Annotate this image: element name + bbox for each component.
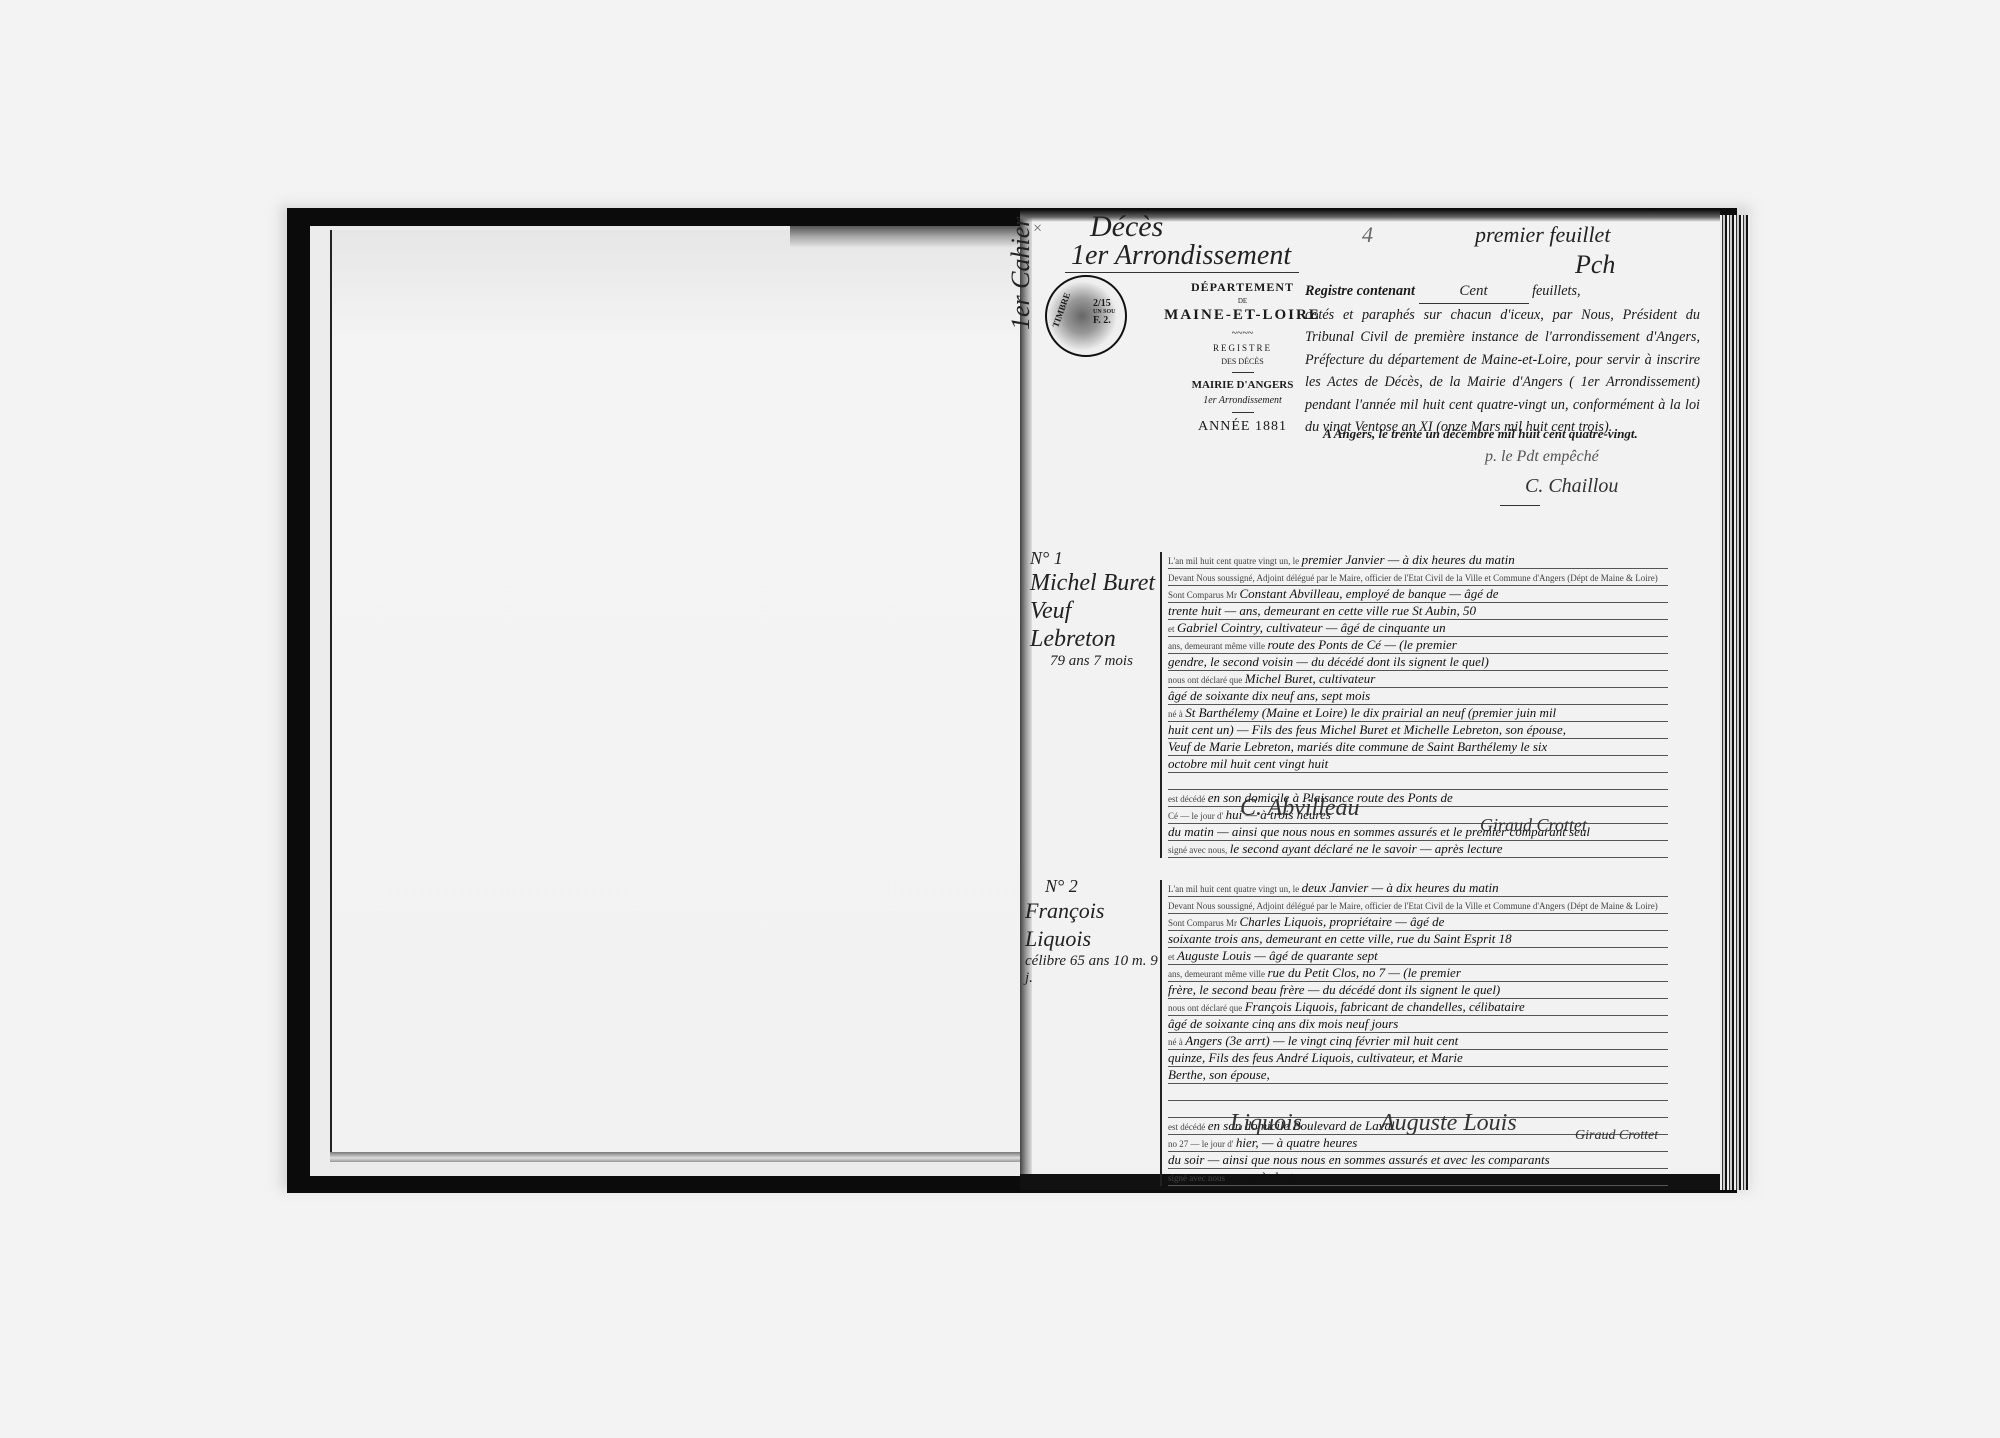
page-stack-edges	[1720, 215, 1750, 1190]
act-line: âgé de soixante cinq ans dix mois neuf j…	[1168, 1016, 1668, 1033]
act-line: soixante trois ans, demeurant en cette v…	[1168, 931, 1668, 948]
feuillets-count: Cent	[1419, 280, 1529, 304]
act-1-margin: N° 1 Michel Buret Veuf Lebreton 79 ans 7…	[1030, 548, 1160, 670]
act-line: huit cent un) — Fils des feus Michel Bur…	[1168, 722, 1668, 739]
act-line	[1168, 773, 1668, 790]
folio-mark: 4	[1362, 222, 1373, 248]
deceased-age: 79 ans 7 mois	[1050, 653, 1160, 670]
act-line: Sont Comparus Mr Constant Abvilleau, emp…	[1168, 586, 1668, 603]
paraphe-signature: Pch	[1575, 250, 1615, 280]
act-2-signature-1: Liquois	[1230, 1110, 1302, 1137]
act-line: né à St Barthélemy (Maine et Loire) le d…	[1168, 705, 1668, 722]
department-block: DÉPARTEMENT DE MAINE-ET-LOIRE ~~~~ REGIS…	[1160, 280, 1325, 435]
act-line: gendre, le second voisin — du décédé don…	[1168, 654, 1668, 671]
act-line: nous ont déclaré que François Liquois, f…	[1168, 999, 1668, 1016]
registre-paragraph: Registre contenant Cent feuillets, cotés…	[1305, 280, 1700, 439]
act-line: signé avec nous — après lecture	[1168, 1169, 1668, 1186]
act-1-signature-2: Giraud Crottet	[1480, 815, 1587, 836]
margin-cahier-note: 1er Cahier	[1006, 217, 1036, 330]
ornament: ~~~~	[1160, 328, 1325, 339]
act-line: Veuf de Marie Lebreton, mariés dite comm…	[1168, 739, 1668, 756]
deceased-status: célibre 65 ans 10 m. 9 j.	[1025, 953, 1160, 987]
act-line: Devant Nous soussigné, Adjoint délégué p…	[1168, 897, 1668, 914]
registre-closing: A Angers, le trente un décembre mil huit…	[1323, 426, 1638, 442]
act-line: né à Angers (3e arrt) — le vingt cinq fé…	[1168, 1033, 1668, 1050]
act-line: signé avec nous, le second ayant déclaré…	[1168, 841, 1668, 858]
act-line	[1168, 1084, 1668, 1101]
act-line: quinze, Fils des feus André Liquois, cul…	[1168, 1050, 1668, 1067]
act-line: et Auguste Louis — âgé de quarante sept	[1168, 948, 1668, 965]
left-page-bottom-edge	[330, 1152, 1022, 1162]
act-1-signature-1: C. Abvilleau	[1240, 795, 1360, 822]
act-line: âgé de soixante dix neuf ans, sept mois	[1168, 688, 1668, 705]
act-line: octobre mil huit cent vingt huit	[1168, 756, 1668, 773]
left-page-paper	[330, 230, 1022, 1154]
act-line: nous ont déclaré que Michel Buret, culti…	[1168, 671, 1668, 688]
divider	[1232, 372, 1254, 373]
act-1-body: L'an mil huit cent quatre vingt un, le p…	[1160, 552, 1668, 858]
act-2-signature-3: Giraud Crottet	[1575, 1128, 1658, 1144]
divider	[1232, 412, 1254, 413]
act-line: et Gabriel Cointry, cultivateur — âgé de…	[1168, 620, 1668, 637]
act-number: N° 1	[1030, 548, 1160, 569]
act-line: L'an mil huit cent quatre vingt un, le p…	[1168, 552, 1668, 569]
signature-underline	[1500, 505, 1540, 506]
act-line: Devant Nous soussigné, Adjoint délégué p…	[1168, 569, 1668, 586]
page-gutter	[1020, 210, 1032, 1190]
act-line: du soir — ainsi que nous nous en sommes …	[1168, 1152, 1668, 1169]
register-title: Décès	[1090, 210, 1163, 244]
folio-note: premier feuillet	[1475, 222, 1610, 248]
act-line: L'an mil huit cent quatre vingt un, le d…	[1168, 880, 1668, 897]
act-line: Sont Comparus Mr Charles Liquois, propri…	[1168, 914, 1668, 931]
register-subtitle: 1er Arrondissement	[1065, 240, 1299, 273]
act-line: Berthe, son épouse,	[1168, 1067, 1668, 1084]
left-page	[310, 226, 1022, 1176]
act-number: N° 2	[1045, 876, 1160, 897]
president-note: p. le Pdt empêché	[1485, 448, 1599, 466]
act-2-signature-2: Auguste Louis	[1380, 1110, 1517, 1137]
act-line: trente huit — ans, demeurant en cette vi…	[1168, 603, 1668, 620]
act-line: ans, demeurant même ville rue du Petit C…	[1168, 965, 1668, 982]
left-page-stain	[790, 226, 1022, 248]
act-line: ans, demeurant même ville route des Pont…	[1168, 637, 1668, 654]
act-2-margin: N° 2 François Liquois célibre 65 ans 10 …	[1025, 876, 1160, 987]
act-line: du matin — ainsi que nous nous en sommes…	[1168, 824, 1668, 841]
president-signature: C. Chaillou	[1525, 475, 1618, 498]
stamp-value: 2/15 UN SOU F. 2.	[1093, 298, 1116, 326]
deceased-status: Veuf Lebreton	[1030, 597, 1160, 653]
deceased-name: Michel Buret	[1030, 569, 1160, 597]
deceased-name: François Liquois	[1025, 897, 1160, 953]
act-line: frère, le second beau frère — du décédé …	[1168, 982, 1668, 999]
